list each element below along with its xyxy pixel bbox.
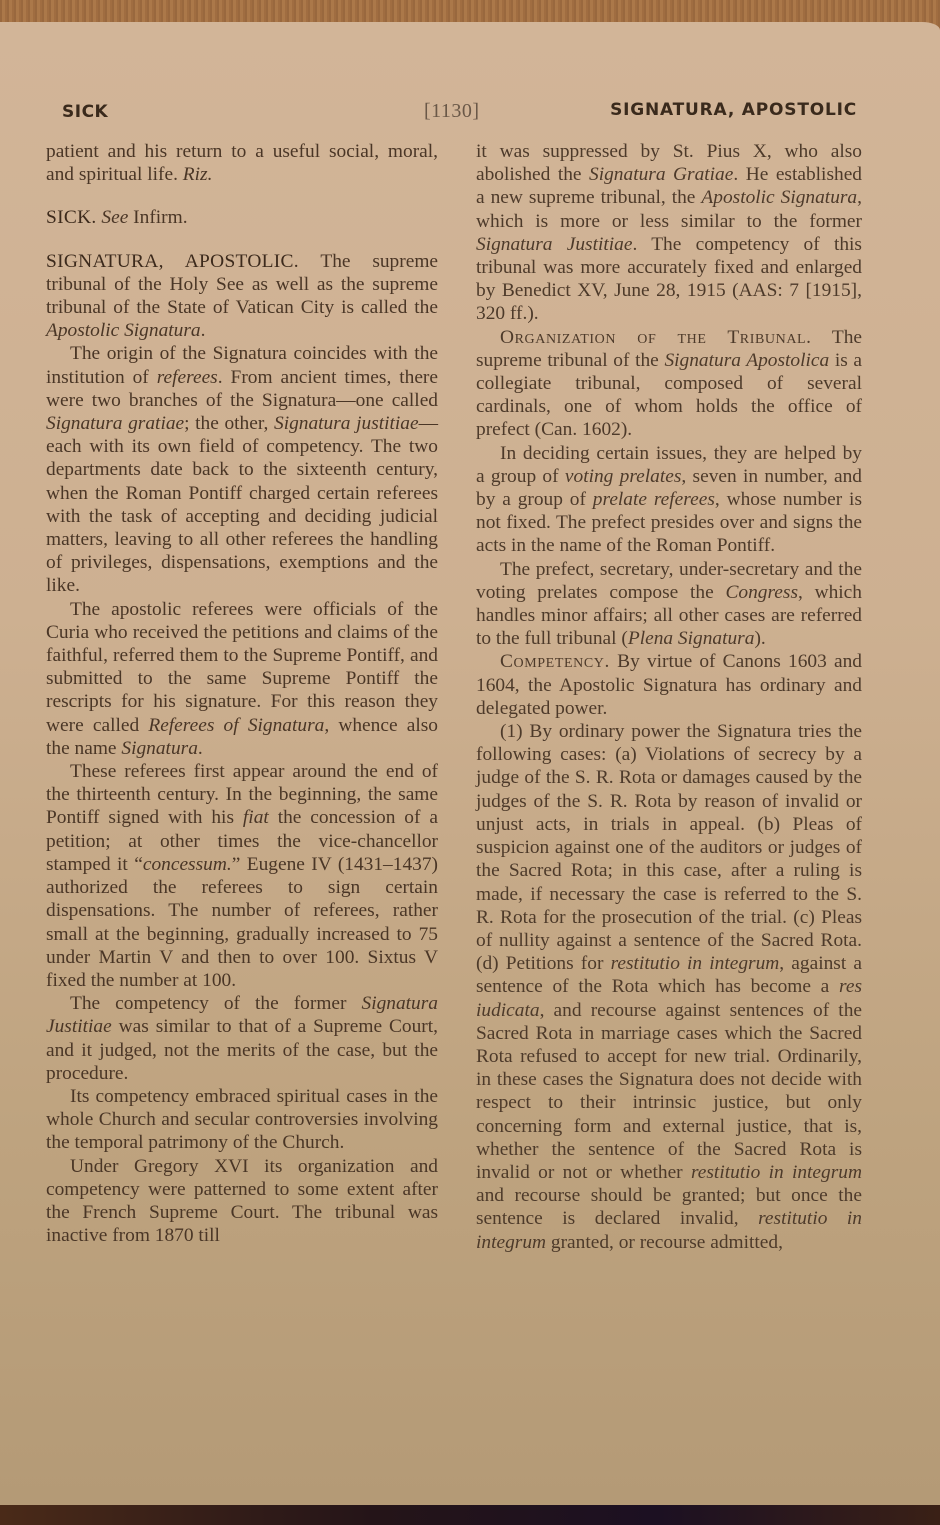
headword-sick: SICK. <box>46 207 97 228</box>
right-column: it was suppressed by St. Pius X, who als… <box>476 140 862 1254</box>
subheading-organization: Organization of the Tribunal. <box>500 327 812 348</box>
author-initials: Riz. <box>183 164 213 185</box>
running-head-left: SICK <box>62 102 108 122</box>
cross-reference-link: Infirm. <box>133 207 187 228</box>
running-head: SICK [1130] SIGNATURA, APOSTOLIC <box>62 100 857 124</box>
paragraph-congress: The prefect, secretary, under-secretary … <box>476 558 862 651</box>
entry-sick: SICK. See Infirm. <box>46 206 438 229</box>
paragraph-apostolic-referees: The apostolic referees were officials of… <box>46 598 438 760</box>
paragraph-competency-canons: Competency. By virtue of Canons 1603 and… <box>476 650 862 720</box>
running-head-right: SIGNATURA, APOSTOLIC <box>610 100 857 120</box>
paragraph-gregory: Under Gregory XVI its organization and c… <box>46 1155 438 1248</box>
entry-signatura-intro: SIGNATURA, APOSTOLIC. The supreme tribun… <box>46 250 438 343</box>
continuation-paragraph: patient and his return to a useful socia… <box>46 140 438 186</box>
paragraph-organization: Organization of the Tribunal. The suprem… <box>476 326 862 442</box>
paragraph-competency: Its competency embraced spiritual cases … <box>46 1085 438 1155</box>
headword-signatura: SIGNATURA, APOSTOLIC. <box>46 251 299 272</box>
paragraph-pius-x: it was suppressed by St. Pius X, who als… <box>476 140 862 326</box>
paragraph-ordinary-power: (1) By ordinary power the Signatura trie… <box>476 720 862 1254</box>
page-bottom-edge <box>0 1505 940 1525</box>
paragraph-voting-prelates: In deciding certain issues, they are hel… <box>476 442 862 558</box>
paragraph-justitiae: The competency of the former Signatura J… <box>46 992 438 1085</box>
left-column: patient and his return to a useful socia… <box>46 140 438 1247</box>
subheading-competency: Competency. <box>500 651 610 672</box>
paragraph-origin: The origin of the Signatura coincides wi… <box>46 342 438 597</box>
paragraph-history: These referees first appear around the e… <box>46 760 438 992</box>
page-number: [1130] <box>424 100 480 123</box>
